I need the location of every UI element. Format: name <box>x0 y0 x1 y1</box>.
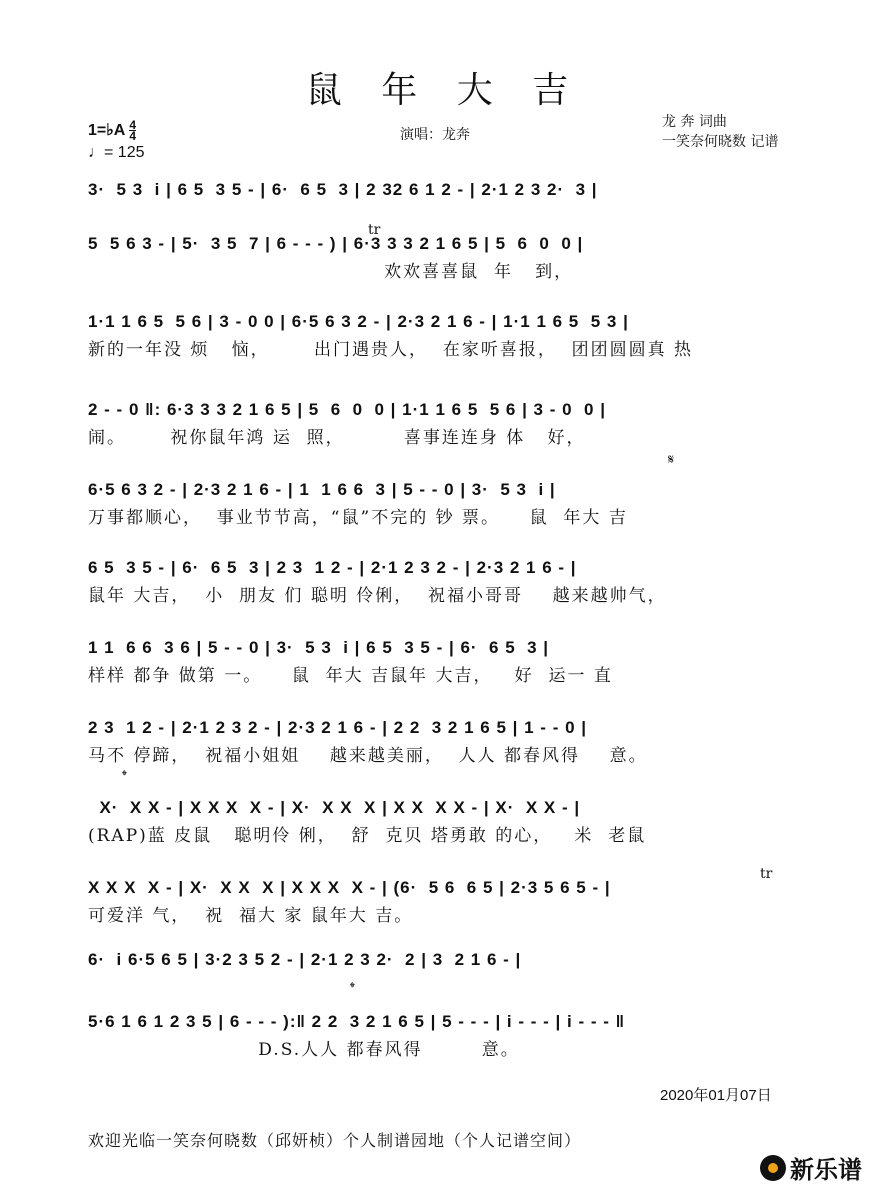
notation-row: X X X X - | X· X X X | X X X X - | (6· 5… <box>88 876 808 900</box>
staff-line: 5 5 6 3 - | 5· 3 5 7 | 6 - - - ) | 6·3 3… <box>88 232 808 284</box>
notation-row: 3· 5 3 i | 6 5 3 5 - | 6· 6 5 3 | 2 32 6… <box>88 178 808 202</box>
lyrics-row: 欢欢喜喜鼠 年 到， <box>88 260 808 284</box>
date-stamp: 2020年01月07日 <box>660 1084 772 1105</box>
staff-line: 2 - - 0 ‖: 6·3 3 3 2 1 6 5 | 5 6 0 0 | 1… <box>88 398 808 450</box>
site-logo[interactable]: 新乐谱 <box>760 1150 862 1185</box>
trill-mark: tr <box>368 222 380 238</box>
lyricist-composer: 龙 奔 词曲 <box>662 112 778 132</box>
credits-block: 龙 奔 词曲 一笑奈何晓数 记谱 <box>662 112 778 152</box>
lyrics-row <box>88 206 808 230</box>
staff-line: 2 3 1 2 - | 2·1 2 3 2 - | 2·3 2 1 6 - | … <box>88 716 808 768</box>
time-signature: 44 <box>129 120 136 141</box>
notation-row: 1·1 1 6 5 5 6 | 3 - 0 0 | 6·5 6 3 2 - | … <box>88 310 808 334</box>
staff-line: 6· i 6·5 6 5 | 3·2 3 5 2 - | 2·1 2 3 2· … <box>88 948 808 1000</box>
staff-line: 1·1 1 6 5 5 6 | 3 - 0 0 | 6·5 6 3 2 - | … <box>88 310 808 362</box>
staff-line: 5·6 1 6 1 2 3 5 | 6 - - - ):‖ 2 2 3 2 1 … <box>88 1010 808 1062</box>
lyrics-row: D.S.人人 都春风得 意。 <box>88 1038 808 1062</box>
staff-line: X· X X - | X X X X - | X· X X X | X X X … <box>88 796 808 848</box>
lyrics-row: (RAP)蓝 皮鼠 聪明伶 俐， 舒 克贝 塔勇敢 的心， 米 老鼠 <box>88 824 808 848</box>
trill-mark: tr <box>760 866 772 882</box>
footer-note: 欢迎光临一笑奈何晓数（邱妍桢）个人制谱园地（个人记谱空间） <box>88 1128 581 1151</box>
key-tempo-block: 1=♭A44 ♩= 125 <box>88 120 144 164</box>
staff-line: 6·5 6 3 2 - | 2·3 2 1 6 - | 1 1 6 6 3 | … <box>88 478 808 530</box>
notation-row: 1 1 6 6 3 6 | 5 - - 0 | 3· 5 3 i | 6 5 3… <box>88 636 808 660</box>
coda-icon: 𝄌 <box>122 768 127 784</box>
lyrics-row: 可爱洋 气， 祝 福大 家 鼠年大 吉。 <box>88 904 808 928</box>
lyrics-row: 鼠年 大吉， 小 朋友 们 聪明 伶俐， 祝福小哥哥 越来越帅气， <box>88 584 808 608</box>
notation-row: 5·6 1 6 1 2 3 5 | 6 - - - ):‖ 2 2 3 2 1 … <box>88 1010 808 1034</box>
lyrics-row: 闹。 祝你鼠年鸿 运 照， 喜事连连身 体 好， <box>88 426 808 450</box>
transcriber: 一笑奈何晓数 记谱 <box>662 132 778 152</box>
logo-text: 新乐谱 <box>790 1150 862 1185</box>
notation-row: X· X X - | X X X X - | X· X X X | X X X … <box>88 796 808 820</box>
staff-line: 1 1 6 6 3 6 | 5 - - 0 | 3· 5 3 i | 6 5 3… <box>88 636 808 688</box>
staff-line: X X X X - | X· X X X | X X X X - | (6· 5… <box>88 876 808 928</box>
staff-line: 3· 5 3 i | 6 5 3 5 - | 6· 6 5 3 | 2 32 6… <box>88 178 808 230</box>
lyrics-row: 万事都顺心， 事业节节高，“鼠”不完的 钞 票。 鼠 年大 吉 <box>88 506 808 530</box>
notation-row: 5 5 6 3 - | 5· 3 5 7 | 6 - - - ) | 6·3 3… <box>88 232 808 256</box>
lyrics-row: 样样 都争 做第 一。 鼠 年大 吉鼠年 大吉， 好 运一 直 <box>88 664 808 688</box>
lyrics-row: 马不 停蹄， 祝福小姐姐 越来越美丽， 人人 都春风得 意。 <box>88 744 808 768</box>
lyrics-row <box>88 976 808 1000</box>
notation-row: 2 - - 0 ‖: 6·3 3 3 2 1 6 5 | 5 6 0 0 | 1… <box>88 398 808 422</box>
notation-row: 6·5 6 3 2 - | 2·3 2 1 6 - | 1 1 6 6 3 | … <box>88 478 808 502</box>
vinyl-disc-icon <box>760 1155 786 1181</box>
song-title: 鼠 年 大 吉 <box>0 62 888 113</box>
notation-row: 2 3 1 2 - | 2·1 2 3 2 - | 2·3 2 1 6 - | … <box>88 716 808 740</box>
key-signature: 1=♭A <box>88 122 125 139</box>
tempo-marking: ♩= 125 <box>88 142 144 164</box>
notation-row: 6· i 6·5 6 5 | 3·2 3 5 2 - | 2·1 2 3 2· … <box>88 948 808 972</box>
coda-icon: 𝄌 <box>350 980 355 996</box>
lyrics-row: 新的一年没 烦 恼， 出门遇贵人， 在家听喜报， 团团圆圆真 热 <box>88 338 808 362</box>
segno-icon: 𝄋 <box>668 452 674 468</box>
staff-line: 6 5 3 5 - | 6· 6 5 3 | 2 3 1 2 - | 2·1 2… <box>88 556 808 608</box>
notation-row: 6 5 3 5 - | 6· 6 5 3 | 2 3 1 2 - | 2·1 2… <box>88 556 808 580</box>
singer-credit: 演唱：龙奔 <box>400 124 470 144</box>
